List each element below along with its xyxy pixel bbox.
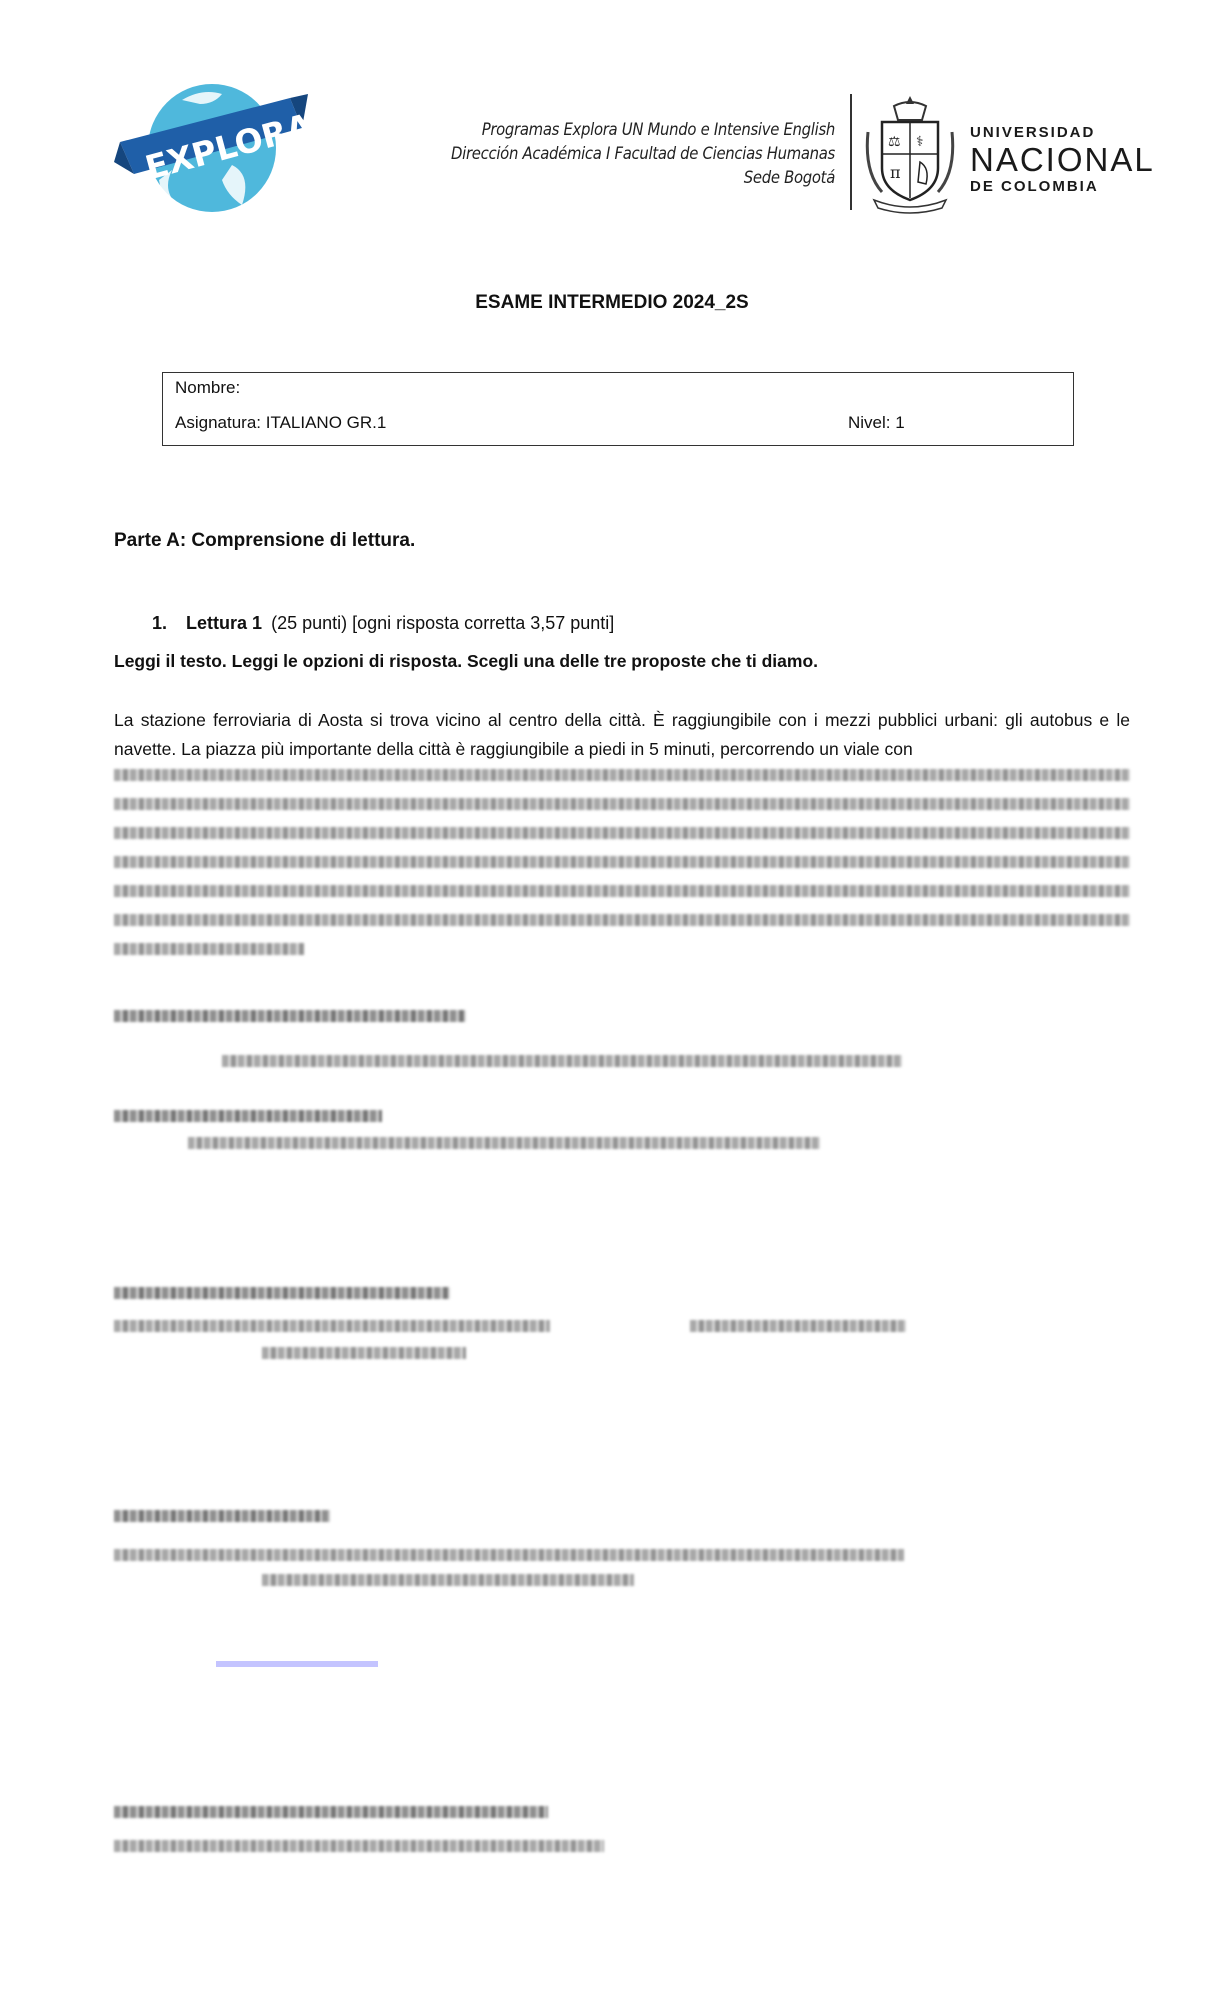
university-line-3: DE COLOMBIA — [970, 178, 1155, 196]
program-line: Programas Explora UN Mundo e Intensive E… — [440, 118, 835, 142]
reading-paragraph: La stazione ferroviaria di Aosta si trov… — [114, 706, 1130, 764]
svg-text:π: π — [890, 163, 901, 182]
program-header: Programas Explora UN Mundo e Intensive E… — [440, 118, 835, 190]
explora-logo: EXPLORA — [112, 70, 312, 220]
university-line-1: UNIVERSIDAD — [970, 124, 1155, 142]
svg-text:⚕: ⚕ — [916, 134, 924, 150]
svg-text:⚖: ⚖ — [888, 134, 901, 150]
name-field-label: Nombre: — [175, 378, 240, 398]
program-line: Dirección Académica I Facultad de Cienci… — [440, 142, 835, 166]
level-label: Nivel: 1 — [848, 413, 905, 433]
instructions: Leggi il testo. Leggi le opzioni di risp… — [114, 651, 818, 672]
header-divider — [850, 94, 852, 210]
subject-label: Asignatura: ITALIANO GR.1 — [175, 413, 386, 433]
reading-item-header: 1. Lettura 1 (25 punti) [ogni risposta c… — [152, 613, 614, 634]
program-line: Sede Bogotá — [440, 166, 835, 190]
item-number: 1. — [152, 613, 167, 633]
item-title: Lettura 1 — [186, 613, 262, 633]
section-heading: Parte A: Comprensione di lettura. — [114, 530, 415, 552]
document-title: ESAME INTERMEDIO 2024_2S — [0, 292, 1224, 314]
item-points: (25 punti) [ogni risposta corretta 3,57 … — [271, 613, 614, 633]
highlight-mark — [216, 1661, 378, 1667]
university-line-2: NACIONAL — [970, 142, 1155, 178]
university-shield-icon: ⚖ ⚕ π — [864, 92, 956, 214]
student-info-box: Nombre: Asignatura: ITALIANO GR.1 Nivel:… — [162, 372, 1074, 446]
university-name: UNIVERSIDAD NACIONAL DE COLOMBIA — [970, 124, 1155, 196]
